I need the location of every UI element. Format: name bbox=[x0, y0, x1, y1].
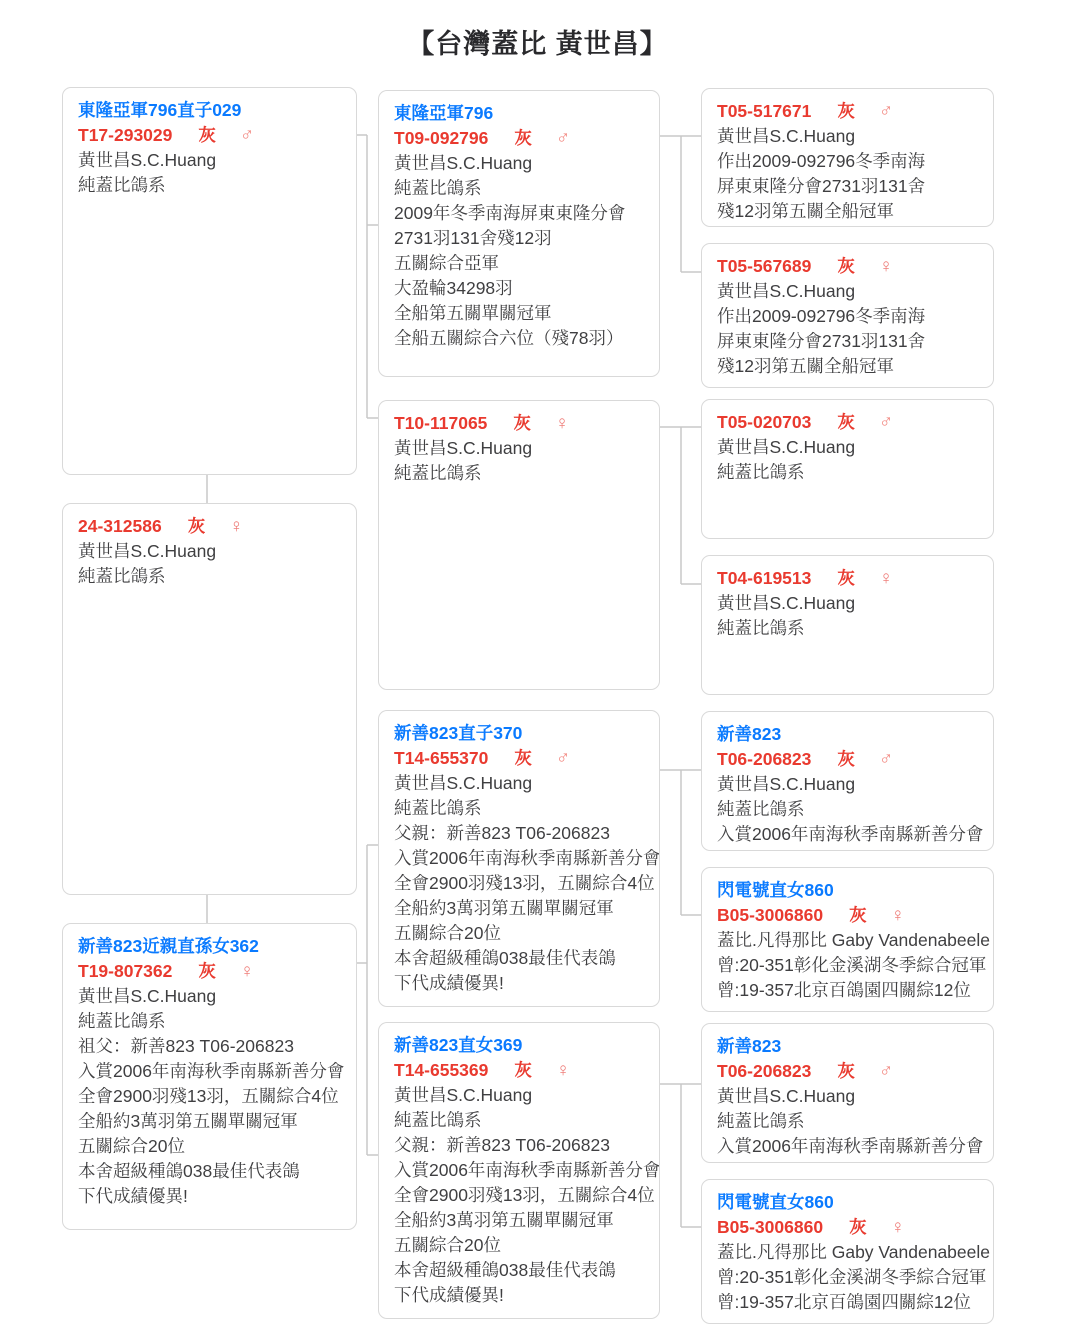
pigeon-detail-line: 純蓋比鴿系 bbox=[717, 1109, 978, 1134]
pigeon-detail-line: 曾:20-351彰化金溪湖冬季綜合冠軍 bbox=[717, 953, 978, 978]
pedigree-box: T04-619513灰♀黃世昌S.C.Huang純蓋比鴿系 bbox=[701, 555, 994, 695]
feather-color-label: 灰 bbox=[198, 125, 216, 145]
pigeon-detail-line: 入賞2006年南海秋季南縣新善分會 bbox=[717, 1134, 978, 1159]
feather-color-label: 灰 bbox=[514, 748, 532, 768]
pedigree-box: T05-517671灰♂黃世昌S.C.Huang作出2009-092796冬季南… bbox=[701, 88, 994, 227]
pigeon-title-link[interactable]: 新善823直子370 bbox=[394, 721, 644, 746]
pigeon-detail-line: 曾:20-351彰化金溪湖冬季綜合冠軍 bbox=[717, 1265, 978, 1290]
ring-number: T05-020703 bbox=[717, 412, 811, 432]
pigeon-detail-line: 黃世昌S.C.Huang bbox=[394, 771, 644, 796]
pigeon-detail-line: 純蓋比鴿系 bbox=[717, 616, 978, 641]
pigeon-detail-line: 純蓋比鴿系 bbox=[394, 796, 644, 821]
pigeon-detail-line: 作出2009-092796冬季南海 bbox=[717, 304, 978, 329]
ring-number: T05-567689 bbox=[717, 256, 811, 276]
pigeon-detail-line: 黃世昌S.C.Huang bbox=[717, 772, 978, 797]
pigeon-detail-line: 父親：新善823 T06-206823 bbox=[394, 821, 644, 846]
pigeon-detail-line: 下代成績優異! bbox=[394, 971, 644, 996]
male-icon: ♂ bbox=[240, 125, 254, 146]
ring-row: T17-293029灰♂ bbox=[78, 123, 341, 148]
pigeon-detail-line: 黃世昌S.C.Huang bbox=[717, 435, 978, 460]
pigeon-detail-line: 本舍超級種鴿038最佳代表鴿 bbox=[78, 1159, 341, 1184]
pigeon-detail-line: 祖父：新善823 T06-206823 bbox=[78, 1034, 341, 1059]
ring-number: B05-3006860 bbox=[717, 1217, 823, 1237]
ring-row: T14-655369灰♀ bbox=[394, 1058, 644, 1083]
pigeon-detail-line: 全船約3萬羽第五關單關冠軍 bbox=[78, 1109, 341, 1134]
pigeon-detail-line: 父親：新善823 T06-206823 bbox=[394, 1133, 644, 1158]
pigeon-detail-line: 全船五關綜合六位（殘78羽） bbox=[394, 326, 644, 351]
ring-row: T09-092796灰♂ bbox=[394, 126, 644, 151]
feather-color-label: 灰 bbox=[849, 905, 867, 925]
female-icon: ♀ bbox=[879, 568, 893, 589]
ring-row: T10-117065灰♀ bbox=[394, 411, 644, 436]
pigeon-detail-line: 曾:19-357北京百鴿園四關綜12位 bbox=[717, 1290, 978, 1315]
pigeon-detail-line: 黃世昌S.C.Huang bbox=[717, 591, 978, 616]
pedigree-box: 東隆亞軍796T09-092796灰♂黃世昌S.C.Huang純蓋比鴿系2009… bbox=[378, 90, 660, 377]
ring-row: B05-3006860灰♀ bbox=[717, 903, 978, 928]
ring-number: B05-3006860 bbox=[717, 905, 823, 925]
ring-row: T06-206823灰♂ bbox=[717, 1059, 978, 1084]
pigeon-detail-line: 入賞2006年南海秋季南縣新善分會 bbox=[717, 822, 978, 847]
pigeon-detail-line: 五關綜合亞軍 bbox=[394, 251, 644, 276]
pigeon-title-link[interactable]: 新善823 bbox=[717, 722, 978, 747]
feather-color-label: 灰 bbox=[188, 516, 206, 536]
feather-color-label: 灰 bbox=[514, 1060, 532, 1080]
pigeon-detail-line: 黃世昌S.C.Huang bbox=[394, 1083, 644, 1108]
feather-color-label: 灰 bbox=[837, 412, 855, 432]
male-icon: ♂ bbox=[556, 128, 570, 149]
pedigree-page: 【台灣蓋比 黃世昌】 東隆亞軍796直子029T17-293029灰♂黃世昌S.… bbox=[0, 0, 1075, 1341]
pigeon-detail-line: 黃世昌S.C.Huang bbox=[717, 1084, 978, 1109]
pigeon-detail-line: 黃世昌S.C.Huang bbox=[717, 124, 978, 149]
ring-row: T04-619513灰♀ bbox=[717, 566, 978, 591]
ring-row: T06-206823灰♂ bbox=[717, 747, 978, 772]
pigeon-detail-line: 純蓋比鴿系 bbox=[78, 564, 341, 589]
pigeon-detail-line: 全船約3萬羽第五關單關冠軍 bbox=[394, 896, 644, 921]
pigeon-detail-line: 五關綜合20位 bbox=[394, 1233, 644, 1258]
pigeon-title-link[interactable]: 新善823 bbox=[717, 1034, 978, 1059]
pigeon-detail-line: 入賞2006年南海秋季南縣新善分會 bbox=[78, 1059, 341, 1084]
pigeon-detail-line: 曾:19-357北京百鴿園四關綜12位 bbox=[717, 978, 978, 1003]
ring-row: T14-655370灰♂ bbox=[394, 746, 644, 771]
ring-number: T14-655369 bbox=[394, 1060, 488, 1080]
pigeon-detail-line: 純蓋比鴿系 bbox=[394, 461, 644, 486]
pedigree-box: 24-312586灰♀黃世昌S.C.Huang純蓋比鴿系 bbox=[62, 503, 357, 895]
ring-number: T05-517671 bbox=[717, 101, 811, 121]
pigeon-title-link[interactable]: 閃電號直女860 bbox=[717, 1190, 978, 1215]
pigeon-detail-line: 全船約3萬羽第五關單關冠軍 bbox=[394, 1208, 644, 1233]
ring-row: T05-517671灰♂ bbox=[717, 99, 978, 124]
pigeon-detail-line: 純蓋比鴿系 bbox=[78, 1009, 341, 1034]
pigeon-detail-line: 純蓋比鴿系 bbox=[78, 173, 341, 198]
pedigree-box: 閃電號直女860B05-3006860灰♀蓋比.凡得那比 Gaby Vanden… bbox=[701, 1179, 994, 1324]
pigeon-detail-line: 屏東東隆分會2731羽131舍 bbox=[717, 174, 978, 199]
male-icon: ♂ bbox=[879, 412, 893, 433]
ring-row: 24-312586灰♀ bbox=[78, 514, 341, 539]
feather-color-label: 灰 bbox=[837, 256, 855, 276]
pigeon-detail-line: 作出2009-092796冬季南海 bbox=[717, 149, 978, 174]
pedigree-box: 東隆亞軍796直子029T17-293029灰♂黃世昌S.C.Huang純蓋比鴿… bbox=[62, 87, 357, 475]
pedigree-box: T05-020703灰♂黃世昌S.C.Huang純蓋比鴿系 bbox=[701, 399, 994, 539]
pigeon-detail-line: 黃世昌S.C.Huang bbox=[78, 984, 341, 1009]
pedigree-box: 新善823直女369T14-655369灰♀黃世昌S.C.Huang純蓋比鴿系父… bbox=[378, 1022, 660, 1319]
ring-number: T10-117065 bbox=[394, 413, 487, 433]
pigeon-detail-line: 五關綜合20位 bbox=[78, 1134, 341, 1159]
pigeon-detail-line: 本舍超級種鴿038最佳代表鴿 bbox=[394, 946, 644, 971]
pedigree-box: T10-117065灰♀黃世昌S.C.Huang純蓋比鴿系 bbox=[378, 400, 660, 690]
pigeon-title-link[interactable]: 閃電號直女860 bbox=[717, 878, 978, 903]
pigeon-detail-line: 入賞2006年南海秋季南縣新善分會 bbox=[394, 846, 644, 871]
ring-row: T05-020703灰♂ bbox=[717, 410, 978, 435]
ring-number: T14-655370 bbox=[394, 748, 488, 768]
ring-row: T05-567689灰♀ bbox=[717, 254, 978, 279]
pigeon-detail-line: 純蓋比鴿系 bbox=[394, 1108, 644, 1133]
ring-row: B05-3006860灰♀ bbox=[717, 1215, 978, 1240]
pigeon-detail-line: 黃世昌S.C.Huang bbox=[394, 436, 644, 461]
pedigree-box: 閃電號直女860B05-3006860灰♀蓋比.凡得那比 Gaby Vanden… bbox=[701, 867, 994, 1012]
ring-number: T04-619513 bbox=[717, 568, 811, 588]
pigeon-detail-line: 純蓋比鴿系 bbox=[717, 797, 978, 822]
ring-number: T09-092796 bbox=[394, 128, 488, 148]
pedigree-box: 新善823T06-206823灰♂黃世昌S.C.Huang純蓋比鴿系入賞2006… bbox=[701, 711, 994, 851]
pigeon-title-link[interactable]: 新善823直女369 bbox=[394, 1033, 644, 1058]
pigeon-detail-line: 下代成績優異! bbox=[78, 1184, 341, 1209]
female-icon: ♀ bbox=[556, 1060, 570, 1081]
pigeon-detail-line: 屏東東隆分會2731羽131舍 bbox=[717, 329, 978, 354]
feather-color-label: 灰 bbox=[837, 568, 855, 588]
pigeon-detail-line: 黃世昌S.C.Huang bbox=[717, 279, 978, 304]
pigeon-detail-line: 全會2900羽殘13羽，五關綜合4位 bbox=[78, 1084, 341, 1109]
male-icon: ♂ bbox=[879, 749, 893, 770]
pigeon-detail-line: 殘12羽第五關全船冠軍 bbox=[717, 354, 978, 379]
feather-color-label: 灰 bbox=[514, 128, 532, 148]
female-icon: ♀ bbox=[891, 905, 905, 926]
pigeon-detail-line: 大盈輪34298羽 bbox=[394, 276, 644, 301]
ring-row: T19-807362灰♀ bbox=[78, 959, 341, 984]
pedigree-box: 新善823近親直孫女362T19-807362灰♀黃世昌S.C.Huang純蓋比… bbox=[62, 923, 357, 1230]
ring-number: 24-312586 bbox=[78, 516, 162, 536]
ring-number: T06-206823 bbox=[717, 1061, 811, 1081]
pigeon-detail-line: 黃世昌S.C.Huang bbox=[394, 151, 644, 176]
pigeon-detail-line: 全船第五關單關冠軍 bbox=[394, 301, 644, 326]
pigeon-detail-line: 全會2900羽殘13羽，五關綜合4位 bbox=[394, 871, 644, 896]
male-icon: ♂ bbox=[879, 101, 893, 122]
ring-number: T06-206823 bbox=[717, 749, 811, 769]
pigeon-title-link[interactable]: 東隆亞軍796 bbox=[394, 101, 644, 126]
pigeon-detail-line: 殘12羽第五關全船冠軍 bbox=[717, 199, 978, 224]
male-icon: ♂ bbox=[879, 1061, 893, 1082]
pigeon-detail-line: 下代成績優異! bbox=[394, 1283, 644, 1308]
ring-number: T17-293029 bbox=[78, 125, 172, 145]
female-icon: ♀ bbox=[229, 516, 243, 537]
feather-color-label: 灰 bbox=[837, 749, 855, 769]
pigeon-detail-line: 2731羽131舍殘12羽 bbox=[394, 226, 644, 251]
pigeon-detail-line: 黃世昌S.C.Huang bbox=[78, 539, 341, 564]
pigeon-detail-line: 純蓋比鴿系 bbox=[717, 460, 978, 485]
pigeon-title-link[interactable]: 東隆亞軍796直子029 bbox=[78, 98, 341, 123]
pigeon-detail-line: 蓋比.凡得那比 Gaby Vandenabeele bbox=[717, 928, 978, 953]
female-icon: ♀ bbox=[891, 1217, 905, 1238]
female-icon: ♀ bbox=[240, 961, 254, 982]
pigeon-title-link[interactable]: 新善823近親直孫女362 bbox=[78, 934, 341, 959]
feather-color-label: 灰 bbox=[837, 101, 855, 121]
pigeon-detail-line: 2009年冬季南海屏東東隆分會 bbox=[394, 201, 644, 226]
female-icon: ♀ bbox=[555, 413, 569, 434]
pigeon-detail-line: 本舍超級種鴿038最佳代表鴿 bbox=[394, 1258, 644, 1283]
ring-number: T19-807362 bbox=[78, 961, 172, 981]
female-icon: ♀ bbox=[879, 256, 893, 277]
feather-color-label: 灰 bbox=[837, 1061, 855, 1081]
pigeon-detail-line: 純蓋比鴿系 bbox=[394, 176, 644, 201]
pigeon-detail-line: 黃世昌S.C.Huang bbox=[78, 148, 341, 173]
pedigree-box: 新善823T06-206823灰♂黃世昌S.C.Huang純蓋比鴿系入賞2006… bbox=[701, 1023, 994, 1163]
male-icon: ♂ bbox=[556, 748, 570, 769]
pigeon-detail-line: 入賞2006年南海秋季南縣新善分會 bbox=[394, 1158, 644, 1183]
pigeon-detail-line: 五關綜合20位 bbox=[394, 921, 644, 946]
feather-color-label: 灰 bbox=[513, 413, 531, 433]
feather-color-label: 灰 bbox=[198, 961, 216, 981]
pigeon-detail-line: 蓋比.凡得那比 Gaby Vandenabeele bbox=[717, 1240, 978, 1265]
pedigree-box: T05-567689灰♀黃世昌S.C.Huang作出2009-092796冬季南… bbox=[701, 243, 994, 388]
pigeon-detail-line: 全會2900羽殘13羽，五關綜合4位 bbox=[394, 1183, 644, 1208]
pedigree-box: 新善823直子370T14-655370灰♂黃世昌S.C.Huang純蓋比鴿系父… bbox=[378, 710, 660, 1007]
feather-color-label: 灰 bbox=[849, 1217, 867, 1237]
